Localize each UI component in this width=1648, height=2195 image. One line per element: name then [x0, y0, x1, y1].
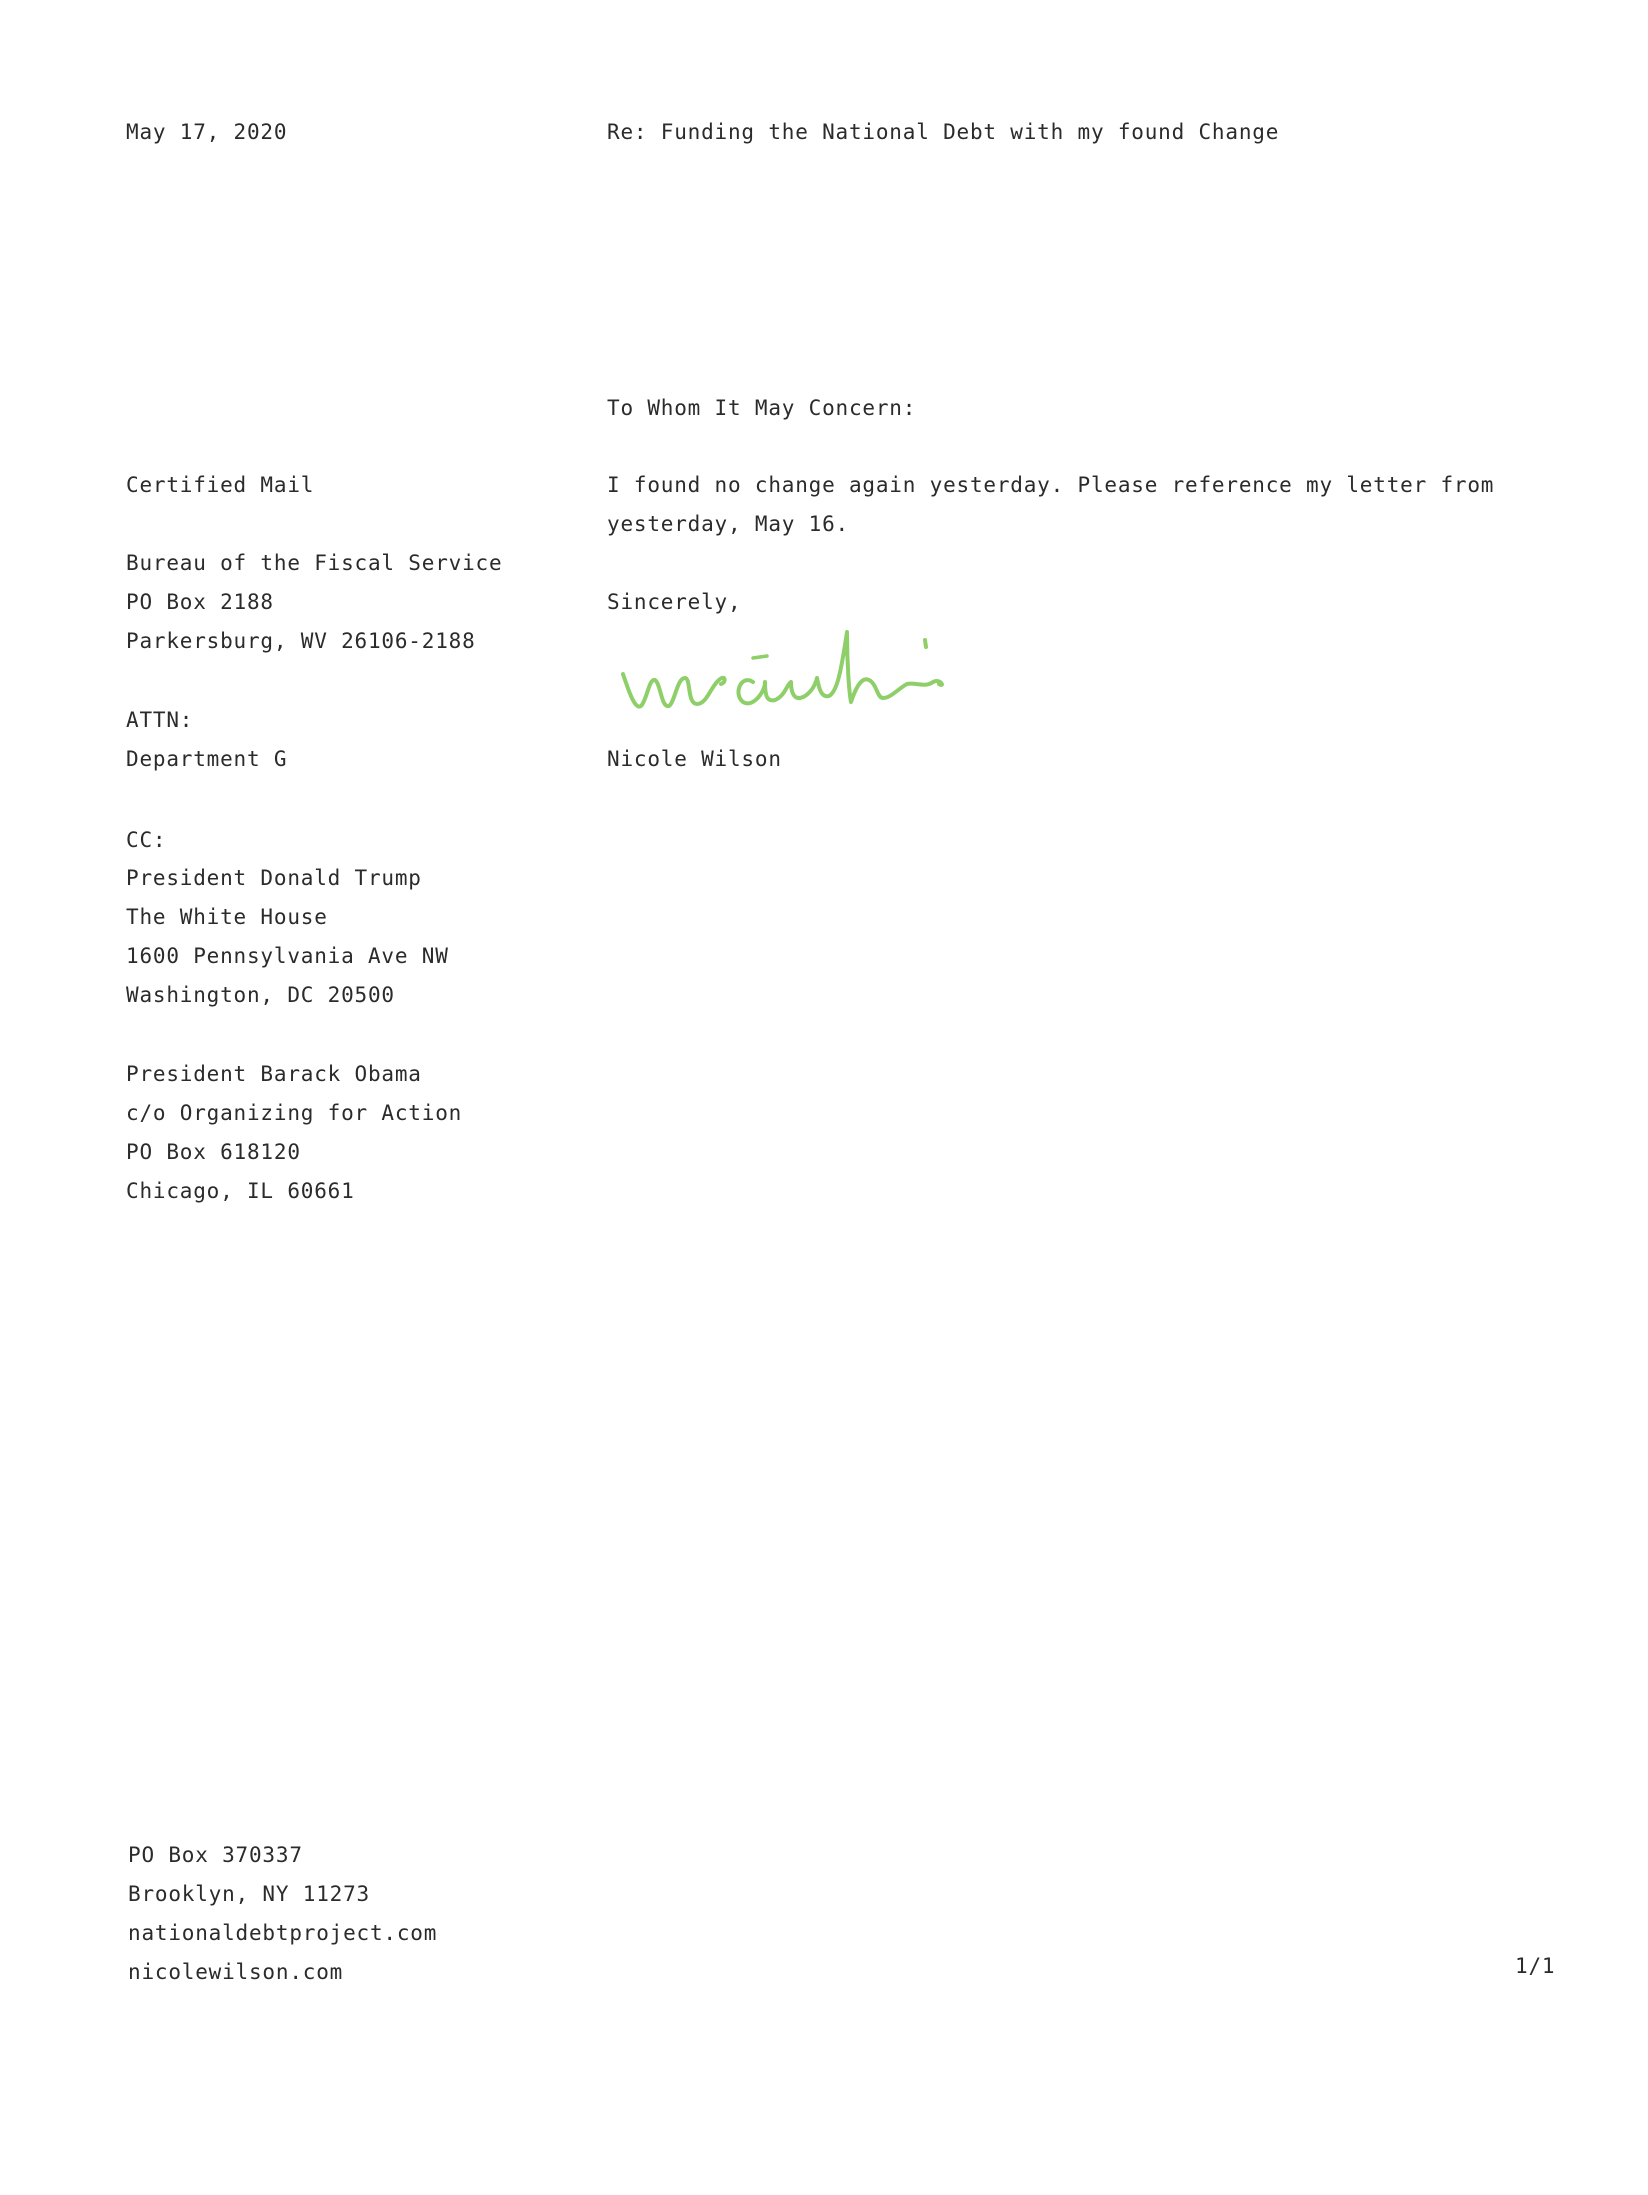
body-paragraph-line-1: I found no change again yesterday. Pleas… — [607, 472, 1494, 498]
cc-2-po-box: PO Box 618120 — [126, 1139, 301, 1165]
cc-1-street: 1600 Pennsylvania Ave NW — [126, 943, 449, 969]
footer-po-box: PO Box 370337 — [128, 1842, 303, 1868]
page-number: 1/1 — [1515, 1953, 1555, 1979]
recipient-city-line: Parkersburg, WV 26106-2188 — [126, 628, 476, 654]
cc-label: CC: — [126, 827, 166, 853]
attn-department: Department G — [126, 746, 287, 772]
body-paragraph-line-2: yesterday, May 16. — [607, 511, 849, 537]
cc-1-city: Washington, DC 20500 — [126, 982, 395, 1008]
footer-website-1: nationaldebtproject.com — [128, 1920, 437, 1946]
footer-city: Brooklyn, NY 11273 — [128, 1881, 370, 1907]
letter-subject: Re: Funding the National Debt with my fo… — [607, 119, 1279, 145]
cc-2-organization: c/o Organizing for Action — [126, 1100, 462, 1126]
salutation: To Whom It May Concern: — [607, 395, 916, 421]
delivery-method: Certified Mail — [126, 472, 314, 498]
recipient-address-line: PO Box 2188 — [126, 589, 274, 615]
cc-1-organization: The White House — [126, 904, 328, 930]
closing: Sincerely, — [607, 589, 741, 615]
letter-page: May 17, 2020 Re: Funding the National De… — [0, 0, 1648, 2195]
recipient-name: Bureau of the Fiscal Service — [126, 550, 502, 576]
cc-2-city: Chicago, IL 60661 — [126, 1178, 355, 1204]
handwritten-signature — [615, 622, 955, 722]
signer-name: Nicole Wilson — [607, 746, 782, 772]
cc-1-name: President Donald Trump — [126, 865, 422, 891]
cc-2-name: President Barack Obama — [126, 1061, 422, 1087]
attn-label: ATTN: — [126, 707, 193, 733]
footer-website-2: nicolewilson.com — [128, 1959, 343, 1985]
letter-date: May 17, 2020 — [126, 119, 287, 145]
